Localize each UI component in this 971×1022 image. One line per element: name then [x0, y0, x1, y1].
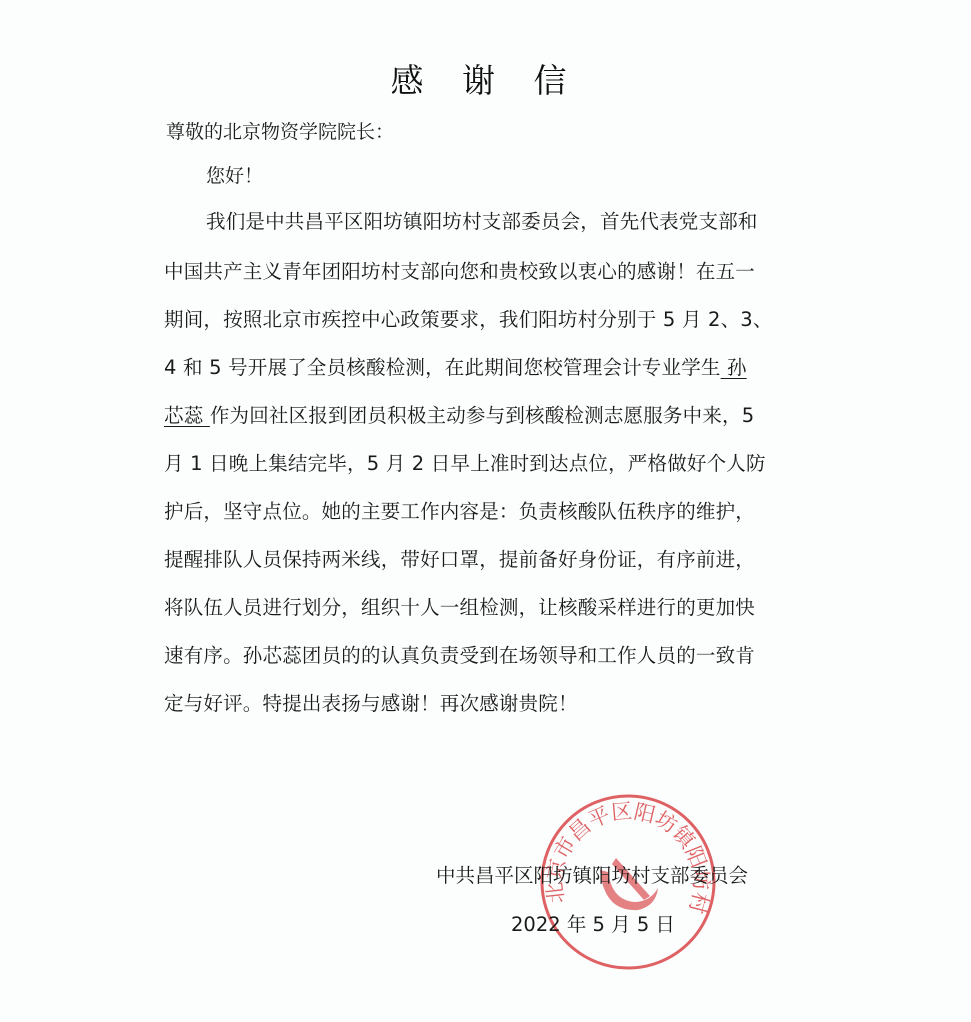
body-line: 我们是中共昌平区阳坊镇阳坊村支部委员会，首先代表党支部和	[206, 206, 826, 234]
body-line-text: 作为回社区报到团员积极主动参与到核酸检测志愿服务中来，5	[210, 404, 755, 427]
student-name-part: 芯蕊	[164, 404, 203, 427]
body-line: 速有序。孙芯蕊团员的的认真负责受到在场领导和工作人员的一致肯	[164, 640, 784, 668]
greeting: 您好！	[206, 161, 263, 188]
body-line-text: 4 和 5 号开展了全员核酸检测，在此期间您校管理会计专业学生	[164, 356, 721, 379]
body-line: 芯蕊 作为回社区报到团员积极主动参与到核酸检测志愿服务中来，5	[164, 400, 784, 428]
salutation: 尊敬的北京物资学院院长：	[166, 117, 394, 144]
svg-text:北京市昌平区阳坊镇阳坊村支部委员会: 北京市昌平区阳坊镇阳坊村支部委员会	[538, 792, 714, 916]
body-line: 4 和 5 号开展了全员核酸检测，在此期间您校管理会计专业学生 孙	[164, 352, 784, 380]
body-line: 提醒排队人员保持两米线，带好口罩，提前备好身份证，有序前进，	[164, 544, 784, 572]
signature-organization: 中共昌平区阳坊镇阳坊村支部委员会	[436, 860, 748, 888]
student-name-underlined: 孙	[721, 356, 747, 379]
body-line: 将队伍人员进行划分，组织十人一组检测，让核酸采样进行的更加快	[164, 592, 784, 620]
student-name-part: 孙	[727, 356, 747, 379]
body-line: 期间，按照北京市疾控中心政策要求，我们阳坊村分别于 5 月 2、3、	[164, 304, 784, 332]
letter-page: 感 谢 信 尊敬的北京物资学院院长： 您好！ 我们是中共昌平区阳坊镇阳坊村支部委…	[0, 0, 971, 1022]
body-line: 护后，坚守点位。她的主要工作内容是：负责核酸队伍秩序的维护，	[164, 496, 784, 524]
signature-date: 2022 年 5 月 5 日	[511, 909, 675, 937]
letter-title: 感 谢 信	[0, 55, 971, 102]
student-name-underlined: 芯蕊	[164, 404, 210, 427]
body-line: 中国共产主义青年团阳坊村支部向您和贵校致以衷心的感谢！在五一	[164, 256, 784, 284]
body-line: 定与好评。特提出表扬与感谢！再次感谢贵院！	[164, 688, 784, 716]
body-line: 月 1 日晚上集结完毕，5 月 2 日早上准时到达点位，严格做好个人防	[164, 448, 784, 476]
